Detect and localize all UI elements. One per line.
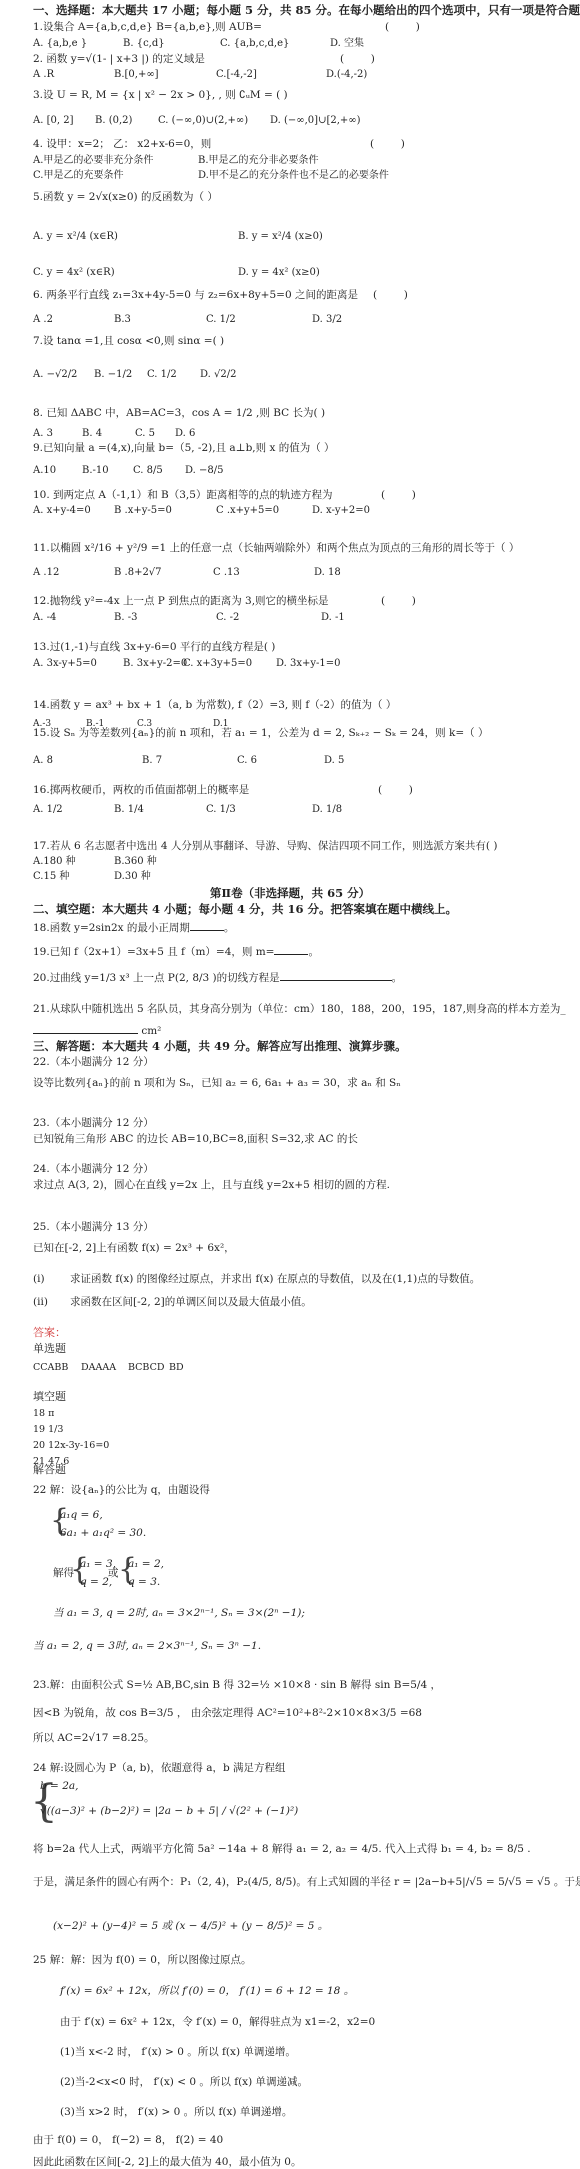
- question-8-stem: 8. 已知 ΔABC 中，AB=AC=3，cos A = 1/2 ,则 BC 长…: [33, 407, 325, 420]
- solution-24-line-4: (x−2)² + (y−4)² = 5 或 (x − 4/5)² + (y − …: [53, 1920, 328, 1933]
- solution-22-system-eq-1: a₁q = 6,: [60, 1509, 103, 1522]
- question-11-option-c: C .13: [213, 566, 240, 579]
- question-1-option-b: B. {c,d}: [123, 37, 165, 50]
- question-10-answer-paren: ( ): [381, 489, 416, 502]
- question-13-option-d: D. 3x+y-1=0: [276, 657, 341, 670]
- answers-fill-19: 19 1/3: [33, 1423, 63, 1436]
- question-7-option-a: A. −√2/2: [33, 368, 77, 381]
- answers-fill-18: 18 π: [33, 1407, 54, 1420]
- question-20: 20.过曲线 y=1/3 x³ 上一点 P(2, 8/3 )的切线方程是。: [33, 972, 402, 985]
- question-18: 18.函数 y=2sin2x 的最小正周期。: [33, 922, 234, 935]
- question-24-body: 求过点 A(3, 2)，圆心在直线 y=2x 上，且与直线 y=2x+5 相切的…: [33, 1179, 390, 1192]
- question-12-option-d: D. -1: [321, 611, 345, 624]
- question-6-option-c: C. 1/2: [206, 313, 236, 326]
- question-25-part-ii: 求函数在区间[-2, 2]的单调区间以及最大值最小值。: [70, 1296, 312, 1309]
- question-25-part-ii-label: (ii): [33, 1296, 48, 1309]
- question-10-option-a: A. x+y-4=0: [33, 504, 91, 517]
- question-6-stem: 6. 两条平行直线 z₁=3x+4y-5=0 与 z₂=6x+8y+5=0 之间…: [33, 289, 358, 302]
- question-1-option-a: A. {a,b,e }: [33, 37, 87, 50]
- question-7-stem: 7.设 tanα =1,且 cosα <0,则 sinα =( ): [33, 335, 224, 348]
- question-4-option-a: A.甲是乙的必要非充分条件: [33, 154, 153, 167]
- question-13-option-a: A. 3x-y+5=0: [33, 657, 97, 670]
- question-25-body: 已知在[-2, 2]上有函数 f(x) = 2x³ + 6x²，: [33, 1242, 235, 1255]
- answers-fill-title: 填空题: [33, 1390, 66, 1403]
- question-16-option-c: C. 1/3: [206, 803, 236, 816]
- question-18-stem: 18.函数 y=2sin2x 的最小正周期: [33, 922, 190, 934]
- question-6-option-d: D. 3/2: [312, 313, 342, 326]
- section-header-fill-in: 二、填空题：本大题共 4 小题；每小题 4 分，共 16 分。把答案填在题中横线…: [33, 903, 457, 916]
- question-22-body: 设等比数列{aₙ}的前 n 项和为 Sₙ，已知 a₂ = 6, 6a₁ + a₃…: [33, 1077, 401, 1090]
- solution-24-line-1: 24 解:设圆心为 P（a, b)，依题意得 a，b 满足方程组: [33, 1762, 286, 1775]
- answers-mc-group-2: DAAAA: [81, 1361, 116, 1374]
- question-17-option-d: D.30 种: [114, 870, 151, 883]
- question-11-stem: 11.以椭圆 x²/16 + y²/9 =1 上的任意一点（长轴两端除外）和两个…: [33, 542, 519, 555]
- solution-25-case-1: (1)当 x<-2 时， f′(x) > 0 。所以 f(x) 单调递增。: [60, 2046, 296, 2059]
- question-9-option-b: B.-10: [82, 464, 109, 477]
- answers-mc-title: 单选题: [33, 1342, 66, 1355]
- question-5-option-b: B. y = x²/4 (x≥0): [238, 230, 323, 243]
- question-17-option-a: A.180 种: [33, 855, 76, 868]
- question-15-option-b: B. 7: [142, 754, 162, 767]
- question-20-stem: 20.过曲线 y=1/3 x³ 上一点 P(2, 8/3 )的切线方程是: [33, 972, 280, 984]
- answers-label: 答案：: [33, 1326, 66, 1339]
- question-8-option-a: A. 3: [33, 427, 53, 440]
- section-header-solutions: 三、解答题：本大题共 4 小题，共 49 分。解答应写出推理、演算步骤。: [33, 1040, 407, 1053]
- solution-24-system-eq-1: b = 2a,: [40, 1780, 78, 1793]
- question-17-option-b: B.360 种: [114, 855, 157, 868]
- question-8-option-d: D. 6: [175, 427, 195, 440]
- answers-mc-group-3: BCBCD: [128, 1361, 164, 1374]
- solution-25-case-3: (3)当 x>2 时， f′(x) > 0 。所以 f(x) 单调递增。: [60, 2106, 292, 2119]
- question-15-option-c: C. 6: [237, 754, 257, 767]
- question-2-option-a: A .R: [33, 68, 54, 81]
- solution-22-intro: 22 解：设{aₙ}的公比为 q，由题设得: [33, 1484, 210, 1497]
- question-9-option-c: C. 8/5: [133, 464, 163, 477]
- solution-25-line-2: f′(x) = 6x² + 12x，所以 f′(0) = 0， f′(1) = …: [60, 1985, 354, 1998]
- solution-22-case2-a1: a₁ = 2,: [128, 1558, 164, 1571]
- question-16-stem: 16.掷两枚硬币，两枚的币值面都朝上的概率是: [33, 784, 249, 797]
- question-4-option-c: C.甲是乙的充要条件: [33, 169, 123, 182]
- question-3-option-d: D. (−∞,0]∪[2,+∞): [270, 114, 361, 127]
- question-2-option-b: B.[0,+∞]: [114, 68, 159, 81]
- solution-22-case-1: 当 a₁ = 3, q = 2时, aₙ = 3×2ⁿ⁻¹, Sₙ = 3×(2…: [53, 1607, 305, 1620]
- question-22-title: 22.（本小题满分 12 分）: [33, 1056, 154, 1069]
- solution-25-line-4: 由于 f(0) = 0， f(−2) = 8， f(2) = 40: [33, 2134, 223, 2147]
- question-25-part-i-label: (i): [33, 1273, 45, 1286]
- question-1-stem: 1.设集合 A={a,b,c,d,e} B={a,b,e},则 AUB=: [33, 21, 262, 34]
- question-14-stem: 14.函数 y = ax³ + bx + 1（a, b 为常数), f（2）=3…: [33, 699, 396, 712]
- question-23-body: 已知锐角三角形 ABC 的边长 AB=10,BC=8,面积 S=32,求 AC …: [33, 1133, 358, 1146]
- question-1-option-c: C. {a,b,c,d,e}: [220, 37, 289, 50]
- solution-24-line-3: 于是，满足条件的圆心有两个：P₁（2, 4)，P₂(4/5, 8/5)。有上式知…: [33, 1876, 580, 1889]
- question-17-stem: 17.若从 6 名志愿者中选出 4 人分别从事翻译、导游、导购、保洁四项不同工作…: [33, 840, 497, 853]
- question-5-option-c: C. y = 4x² (x∈R): [33, 266, 115, 279]
- question-2-answer-paren: ( ): [340, 53, 375, 66]
- question-2-option-c: C.[-4,-2]: [216, 68, 257, 81]
- question-10-option-b: B .x+y-5=0: [114, 504, 172, 517]
- question-23-title: 23.（本小题满分 12 分）: [33, 1117, 154, 1130]
- question-1-option-d: D. 空集: [330, 37, 364, 50]
- question-11-option-d: D. 18: [314, 566, 341, 579]
- question-10-option-d: D. x-y+2=0: [312, 504, 370, 517]
- question-12-answer-paren: ( ): [381, 595, 416, 608]
- question-9-option-a: A.10: [33, 464, 56, 477]
- answers-solve-title: 解答题: [33, 1463, 66, 1476]
- question-12-option-c: C. -2: [216, 611, 239, 624]
- solution-24-line-2: 将 b=2a 代人上式，两端平方化简 5a² −14a + 8 解得 a₁ = …: [33, 1843, 531, 1856]
- question-21-answer-blank[interactable]: [33, 1033, 138, 1034]
- solution-22-or: 或: [108, 1567, 119, 1580]
- question-16-option-d: D. 1/8: [312, 803, 342, 816]
- question-15-option-d: D. 5: [324, 754, 344, 767]
- question-25-part-i: 求证函数 f(x) 的图像经过原点，并求出 f(x) 在原点的导数值，以及在(1…: [70, 1273, 480, 1286]
- question-7-option-d: D. √2/2: [200, 368, 236, 381]
- solution-25-line-3: 由于 f′(x) = 6x² + 12x，令 f′(x) = 0，解得驻点为 x…: [60, 2016, 375, 2029]
- solution-23-line-1: 23.解：由面积公式 S=½ AB,BC,sin B 得 32=½ ×10×8 …: [33, 1679, 441, 1692]
- question-10-stem: 10. 到两定点 A（-1,1）和 B（3,5）距离相等的点的轨迹方程为: [33, 489, 332, 502]
- solution-23-line-2: 因<B 为锐角，故 cos B=3/5 ， 由余弦定理得 AC²=10²+8²-…: [33, 1707, 422, 1720]
- question-9-stem: 9.已知向量 a =(4,x),向量 b=（5, -2),且 a⊥b,则 x 的…: [33, 442, 335, 455]
- solution-24-system-eq-2: √((a−3)² + (b−2)²) = |2a − b + 5| / √(2²…: [40, 1805, 298, 1818]
- question-21-unit: cm²: [141, 1025, 161, 1037]
- solution-22-case2-q: q = 3.: [128, 1576, 160, 1589]
- answers-mc-group-4: BD: [169, 1361, 184, 1374]
- answers-fill-20: 20 12x-3y-16=0: [33, 1439, 109, 1452]
- question-18-answer-blank[interactable]: [190, 930, 224, 931]
- answers-mc-group-1: CCABB: [33, 1361, 68, 1374]
- question-3-option-c: C. (−∞,0)∪(2,+∞): [158, 114, 248, 127]
- question-9-option-d: D. −8/5: [185, 464, 224, 477]
- question-11-option-a: A .12: [33, 566, 59, 579]
- question-4-answer-paren: ( ): [370, 138, 405, 151]
- question-20-answer-blank[interactable]: [280, 980, 392, 981]
- question-13-option-c: C. x+3y+5=0: [183, 657, 252, 670]
- question-7-option-c: C. 1/2: [147, 368, 177, 381]
- question-6-option-a: A .2: [33, 313, 53, 326]
- question-3-option-a: A. [0, 2]: [33, 114, 73, 127]
- question-1-answer-paren: ( ): [385, 21, 420, 34]
- solution-25-line-1: 25 解：解：因为 f(0) = 0，所以图像过原点。: [33, 1954, 251, 1967]
- question-5-option-d: D. y = 4x² (x≥0): [238, 266, 320, 279]
- question-21-stem: 21.从球队中随机选出 5 名队员，其身高分别为（单位：cm）180，188，2…: [33, 1003, 566, 1016]
- question-17-option-c: C.15 种: [33, 870, 69, 883]
- question-13-stem: 13.过(1,-1)与直线 3x+y-6=0 平行的直线方程是( ): [33, 641, 275, 654]
- question-12-option-b: B. -3: [114, 611, 137, 624]
- question-3-option-b: B. (0,2): [95, 114, 132, 127]
- solution-23-line-3: 所以 AC=2√17 =8.25。: [33, 1732, 155, 1745]
- question-24-title: 24.（本小题满分 12 分）: [33, 1163, 154, 1176]
- question-13-option-b: B. 3x+y-2=0: [123, 657, 187, 670]
- question-19-stem: 19.已知 f（2x+1）=3x+5 且 f（m）=4，则 m=: [33, 946, 274, 958]
- question-12-option-a: A. -4: [33, 611, 56, 624]
- question-12-stem: 12.抛物线 y²=-4x 上一点 P 到焦点的距离为 3,则它的横坐标是: [33, 595, 329, 608]
- question-4-option-d: D.甲不是乙的充分条件也不是乙的必要条件: [198, 169, 389, 182]
- question-21-answer: cm²: [33, 1025, 161, 1038]
- question-5-stem: 5.函数 y = 2√x(x≥0) 的反函数为（ ）: [33, 191, 218, 204]
- question-8-option-b: B. 4: [82, 427, 102, 440]
- question-2-stem: 2. 函数 y=√(1- | x+3 |) 的定义域是: [33, 53, 205, 66]
- question-2-option-d: D.(-4,-2): [326, 68, 367, 81]
- question-4-option-b: B.甲是乙的充分非必要条件: [198, 154, 319, 167]
- solution-22-system-eq-2: 6a₁ + a₁q² = 30.: [60, 1527, 146, 1540]
- question-19-answer-blank[interactable]: [274, 954, 308, 955]
- question-15-stem: 15.设 Sₙ 为等差数列{aₙ}的前 n 项和，若 a₁ = 1，公差为 d …: [33, 727, 489, 740]
- solution-25-case-2: (2)当-2<x<0 时， f′(x) < 0 。所以 f(x) 单调递减。: [60, 2076, 308, 2089]
- section-header-multiple-choice: 一、选择题：本大题共 17 小题；每小题 5 分，共 85 分。在每小题给出的四…: [33, 4, 580, 17]
- volume-2-title: 第Ⅱ卷（非选择题，共 65 分）: [0, 887, 580, 900]
- question-4-stem: 4. 设甲：x=2； 乙： x2+x-6=0，则: [33, 138, 211, 151]
- question-19: 19.已知 f（2x+1）=3x+5 且 f（m）=4，则 m=。: [33, 946, 319, 959]
- question-8-option-c: C. 5: [135, 427, 155, 440]
- question-5-option-a: A. y = x²/4 (x∈R): [33, 230, 118, 243]
- question-16-answer-paren: ( ): [378, 784, 413, 797]
- question-15-option-a: A. 8: [33, 754, 53, 767]
- question-11-option-b: B .8+2√7: [114, 566, 162, 579]
- question-6-answer-paren: ( ): [373, 289, 408, 302]
- question-16-option-a: A. 1/2: [33, 803, 63, 816]
- question-16-option-b: B. 1/4: [114, 803, 144, 816]
- question-25-title: 25.（本小题满分 13 分）: [33, 1221, 154, 1234]
- question-6-option-b: B.3: [114, 313, 131, 326]
- question-3-stem: 3.设 U = R, M = {x | x² − 2x > 0}, , 则 ∁ᵤ…: [33, 89, 288, 102]
- question-7-option-b: B. −1/2: [94, 368, 132, 381]
- solution-25-line-5: 因此此函数在区间[-2, 2]上的最大值为 40，最小值为 0。: [33, 2156, 302, 2169]
- question-10-option-c: C .x+y+5=0: [216, 504, 279, 517]
- solution-22-case-2: 当 a₁ = 2, q = 3时, aₙ = 2×3ⁿ⁻¹, Sₙ = 3ⁿ −…: [33, 1640, 261, 1653]
